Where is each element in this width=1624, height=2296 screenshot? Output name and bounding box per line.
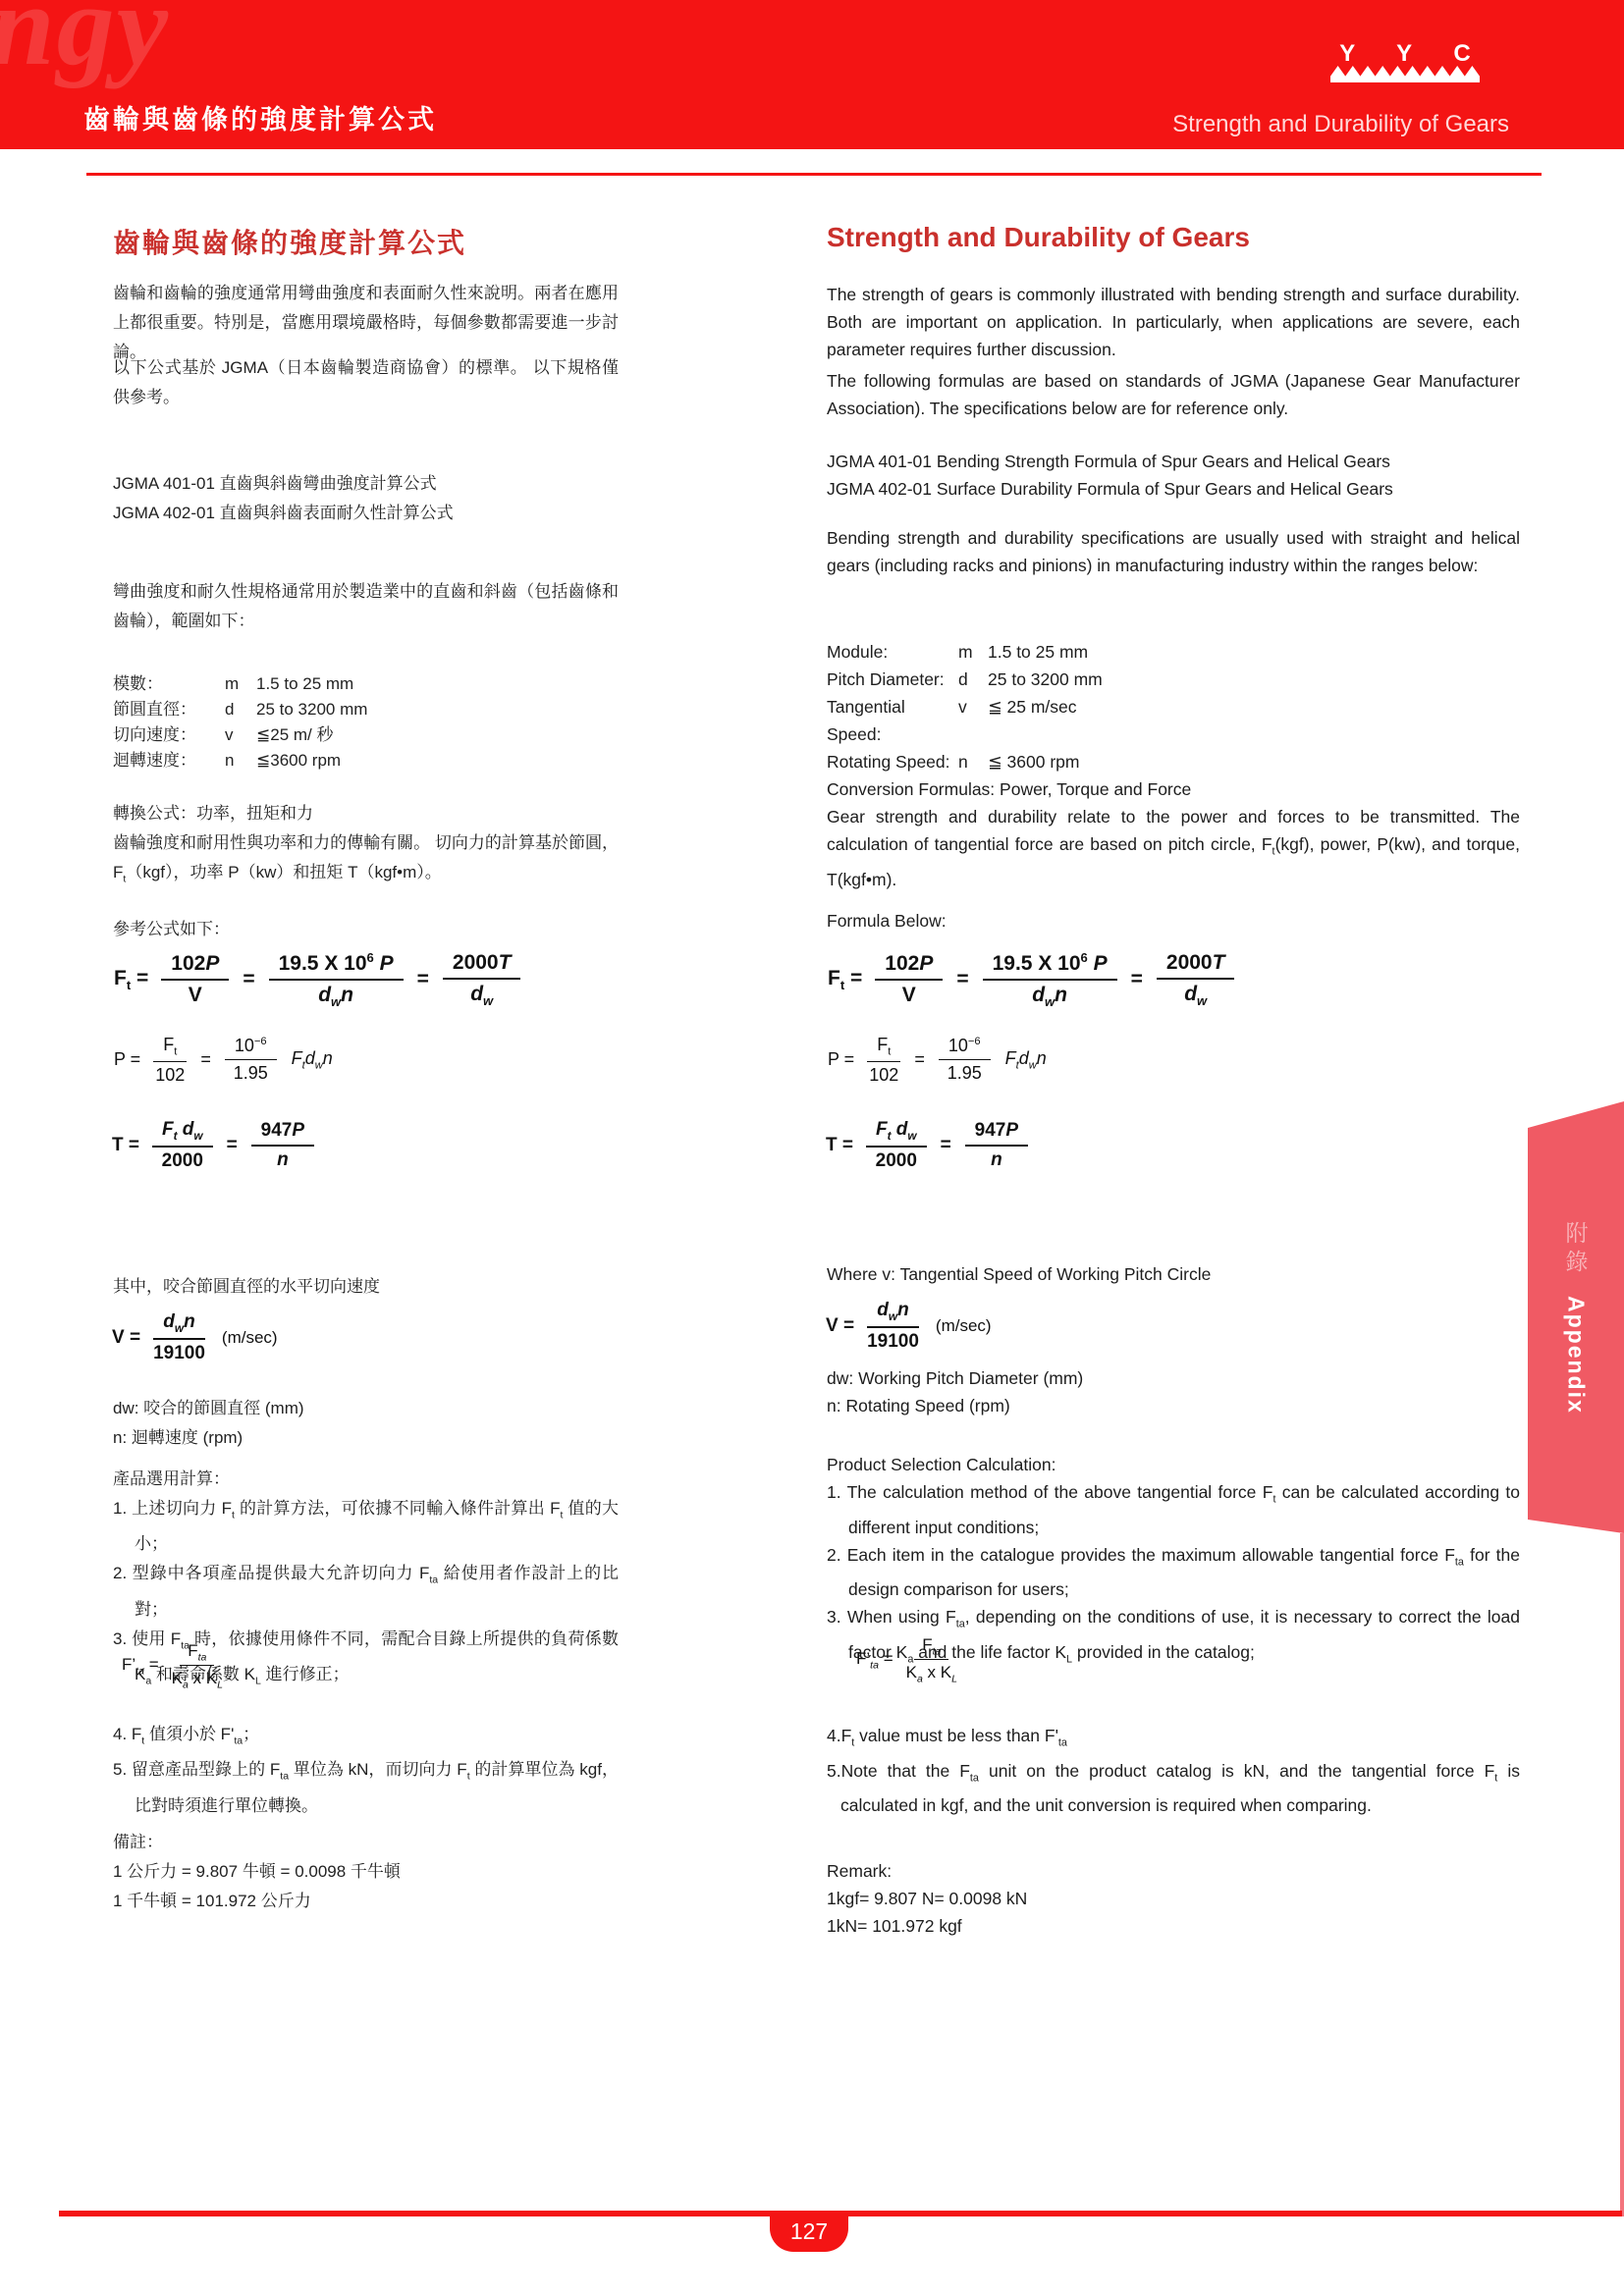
formula-tail: Ftdwn — [292, 1048, 333, 1072]
fraction-denominator: V — [189, 981, 202, 1007]
spec-symbol: d — [958, 666, 988, 693]
remark-title-en: Remark: — [827, 1857, 1520, 1885]
formula-v: V = dwn19100 (m/sec) — [112, 1311, 278, 1364]
fraction: 2000Tdw — [443, 951, 521, 1008]
formula-p: P = Ft102 = 10−61.95 Ftdwn — [114, 1035, 333, 1086]
formula-fta: F’ta = FtaKa x KL — [122, 1641, 232, 1691]
spec-row: Module: m 1.5 to 25 mm — [827, 638, 1520, 666]
reference-formula-label-zh: 參考公式如下： — [113, 915, 619, 944]
remark-line: 1kgf= 9.807 N= 0.0098 kN — [827, 1885, 1520, 1912]
jgma-standards-en: JGMA 401-01 Bending Strength Formula of … — [827, 448, 1520, 503]
formula-t: T = Ft dw2000 = 947Pn — [826, 1119, 1037, 1172]
fraction: dwn19100 — [153, 1311, 205, 1364]
header-divider-line — [86, 173, 1542, 176]
product-selection-items45-zh: 4. Ft 值須小於 F'ta； 5. 留意產品型錄上的 Fta 單位為 kN，… — [113, 1720, 619, 1821]
fraction-numerator: 19.5 X 106 P — [269, 950, 404, 981]
remark-title-zh: 備註： — [113, 1828, 619, 1857]
spec-symbol: v — [225, 722, 256, 748]
spec-label: 切向速度： — [113, 722, 225, 748]
spec-row: Rotating Speed: n ≦ 3600 rpm — [827, 748, 1520, 775]
fraction-numerator: 19.5 X 106 P — [983, 950, 1117, 981]
product-selection-title-en: Product Selection Calculation: — [827, 1451, 1520, 1478]
formula-lhs: F’ta = — [122, 1655, 159, 1677]
fraction: FtaKa x KL — [906, 1635, 957, 1685]
spec-value: 1.5 to 25 mm — [256, 671, 619, 697]
fraction: Ft102 — [153, 1035, 187, 1086]
equals-sign: = — [200, 1049, 211, 1070]
fraction-numerator: Ft dw — [152, 1119, 213, 1148]
list-item: 4.Ft value must be less than F'ta — [827, 1722, 1520, 1757]
intro-paragraph-en: The strength of gears is commonly illust… — [827, 281, 1520, 363]
product-selection-items45-en: 4.Ft value must be less than F'ta 5.Note… — [827, 1722, 1520, 1819]
spec-symbol: m — [958, 638, 988, 666]
formula-lhs: Ft = — [828, 967, 862, 992]
conversion-body-zh: 齒輪強度和耐用性與功率和力的傳輸有關。 切向力的計算基於節圓，Ft（kgf），功… — [113, 828, 619, 893]
remark-zh: 備註： 1 公斤力 = 9.807 牛頓 = 0.0098 千牛頓 1 千牛頓 … — [113, 1828, 619, 1916]
jgma-401-en: JGMA 401-01 Bending Strength Formula of … — [827, 448, 1520, 475]
list-item: 5. 留意產品型錄上的 Fta 單位為 kN，而切向力 Ft 的計算單位為 kg… — [113, 1755, 619, 1820]
formula-t: T = Ft dw2000 = 947Pn — [112, 1119, 323, 1172]
fraction-denominator: V — [902, 981, 916, 1007]
fraction: 2000Tdw — [1157, 951, 1235, 1008]
reference-formula-label-en: Formula Below: — [827, 907, 1520, 934]
spec-symbol: d — [225, 697, 256, 722]
spec-row: Pitch Diameter: d 25 to 3200 mm — [827, 666, 1520, 693]
spec-label: Rotating Speed: — [827, 748, 958, 775]
fraction-denominator: Ka x KL — [906, 1660, 957, 1684]
fraction: 947Pn — [965, 1120, 1028, 1171]
fraction: 102PV — [875, 952, 943, 1007]
gear-teeth-icon — [1330, 66, 1480, 82]
formula-unit: (m/sec) — [222, 1328, 278, 1348]
fraction-numerator: 947P — [965, 1120, 1028, 1147]
fraction-numerator: 2000T — [443, 951, 521, 980]
conversion-section-en: Conversion Formulas: Power, Torque and F… — [827, 775, 1520, 893]
fraction: Ft dw2000 — [866, 1119, 927, 1172]
fraction: Ft102 — [867, 1035, 900, 1086]
spec-value: 25 to 3200 mm — [988, 666, 1520, 693]
spec-value: 25 to 3200 mm — [256, 697, 619, 722]
spec-symbol: v — [958, 693, 988, 748]
remark-en: Remark: 1kgf= 9.807 N= 0.0098 kN 1kN= 10… — [827, 1857, 1520, 1940]
spec-row: Tangential Speed: v ≦ 25 m/sec — [827, 693, 1520, 748]
spec-range-table-en: Module: m 1.5 to 25 mm Pitch Diameter: d… — [827, 638, 1520, 775]
where-note-zh: 其中，咬合節圓直徑的水平切向速度 — [113, 1272, 619, 1302]
spec-value: ≦ 3600 rpm — [988, 748, 1520, 775]
section-title-zh: 齒輪與齒條的強度計算公式 — [113, 222, 466, 261]
formula-fta: F’ta = FtaKa x KL — [856, 1635, 966, 1685]
remark-line: 1 千牛頓 = 101.972 公斤力 — [113, 1887, 619, 1916]
where-note-en: Where v: Tangential Speed of Working Pit… — [827, 1260, 1520, 1288]
jgma-402-en: JGMA 402-01 Surface Durability Formula o… — [827, 475, 1520, 503]
fraction-numerator: Ft dw — [866, 1119, 927, 1148]
right-edge-line — [1620, 1533, 1624, 2216]
fraction-denominator: 1.95 — [234, 1060, 268, 1084]
equals-sign: = — [227, 1135, 238, 1156]
spec-symbol: n — [958, 748, 988, 775]
spec-symbol: n — [225, 748, 256, 774]
fraction: FtaKa x KL — [172, 1641, 223, 1691]
fraction-denominator: 1.95 — [947, 1060, 982, 1084]
spec-row: 切向速度： v ≦25 m/ 秒 — [113, 722, 619, 748]
list-item: 2. 型錄中各項產品提供最大允許切向力 Fta 給使用者作設計上的比對； — [113, 1559, 619, 1624]
fraction-denominator: 102 — [869, 1062, 898, 1086]
fraction: 10−61.95 — [225, 1036, 277, 1084]
range-paragraph-zh: 彎曲強度和耐久性規格通常用於製造業中的直齒和斜齒（包括齒條和齒輪），範圍如下： — [113, 577, 619, 636]
equals-sign: = — [956, 968, 968, 991]
equals-sign: = — [417, 968, 429, 991]
jgma-basis-paragraph-en: The following formulas are based on stan… — [827, 367, 1520, 422]
spec-label: 節圓直徑： — [113, 697, 225, 722]
formula-ft: Ft = 102PV = 19.5 X 106 Pdwn = 2000Tdw — [114, 950, 529, 1009]
fraction-denominator: dwn — [318, 981, 353, 1009]
appendix-tab-label-zh: 附錄 — [1560, 1221, 1593, 1278]
fraction-numerator: 10−6 — [225, 1036, 277, 1060]
fraction-numerator: 10−6 — [939, 1036, 991, 1060]
page-number-badge: 127 — [770, 2211, 848, 2252]
fraction-denominator: dw — [1184, 980, 1207, 1008]
symbol-notes-en: dw: Working Pitch Diameter (mm) n: Rotat… — [827, 1364, 1520, 1419]
spec-row: 模數： m 1.5 to 25 mm — [113, 671, 619, 697]
yyc-logo-text: Y Y C — [1330, 43, 1480, 65]
fraction: 947Pn — [251, 1120, 314, 1171]
page-number: 127 — [790, 2218, 828, 2245]
section-title-en: Strength and Durability of Gears — [827, 222, 1250, 253]
jgma-401-zh: JGMA 401-01 直齒與斜齒彎曲強度計算公式 — [113, 469, 619, 499]
yyc-logo: Y Y C — [1330, 43, 1480, 82]
spec-value: ≦ 25 m/sec — [988, 693, 1520, 748]
conversion-section-zh: 轉換公式：功率，扭矩和力 齒輪強度和耐用性與功率和力的傳輸有關。 切向力的計算基… — [113, 799, 619, 893]
equals-sign: = — [914, 1049, 925, 1070]
formula-lhs: V = — [112, 1327, 140, 1349]
jgma-402-zh: JGMA 402-01 直齒與斜齒表面耐久性計算公式 — [113, 499, 619, 528]
equals-sign: = — [243, 968, 254, 991]
fraction-numerator: dwn — [153, 1311, 204, 1340]
formula-lhs: T = — [826, 1135, 853, 1156]
formula-lhs: Ft = — [114, 967, 148, 992]
list-item: 2. Each item in the catalogue provides t… — [827, 1541, 1520, 1604]
dw-note-zh: dw: 咬合的節圓直徑 (mm) — [113, 1394, 619, 1423]
fraction-denominator: Ka x KL — [172, 1666, 223, 1690]
fraction-numerator: 947P — [251, 1120, 314, 1147]
fraction-denominator: dw — [470, 980, 493, 1008]
conversion-title-en: Conversion Formulas: Power, Torque and F… — [827, 775, 1520, 803]
conversion-title-zh: 轉換公式：功率，扭矩和力 — [113, 799, 619, 828]
formula-lhs: T = — [112, 1135, 139, 1156]
spec-label: Module: — [827, 638, 958, 666]
fraction-denominator: 19100 — [153, 1340, 205, 1364]
range-paragraph-en: Bending strength and durability specific… — [827, 524, 1520, 579]
fraction-denominator: n — [991, 1147, 1002, 1171]
spec-value: 1.5 to 25 mm — [988, 638, 1520, 666]
fraction-numerator: 2000T — [1157, 951, 1235, 980]
n-note-en: n: Rotating Speed (rpm) — [827, 1392, 1520, 1419]
spec-value: ≦3600 rpm — [256, 748, 619, 774]
list-item: 1. The calculation method of the above t… — [827, 1478, 1520, 1541]
spec-label: Tangential Speed: — [827, 693, 958, 748]
formula-tail: Ftdwn — [1005, 1048, 1047, 1072]
spec-label: Pitch Diameter: — [827, 666, 958, 693]
fraction: dwn19100 — [867, 1300, 919, 1353]
appendix-tab-label-en: Appendix — [1563, 1296, 1590, 1415]
jgma-standards-zh: JGMA 401-01 直齒與斜齒彎曲強度計算公式 JGMA 402-01 直齒… — [113, 469, 619, 528]
jgma-basis-paragraph-zh: 以下公式基於 JGMA（日本齒輪製造商協會）的標準。 以下規格僅供參考。 — [113, 353, 619, 412]
spec-label: 迴轉速度： — [113, 748, 225, 774]
spec-label: 模數： — [113, 671, 225, 697]
fraction-denominator: 19100 — [867, 1328, 919, 1353]
fraction-denominator: 2000 — [162, 1148, 203, 1172]
spec-value: ≦25 m/ 秒 — [256, 722, 619, 748]
formula-p: P = Ft102 = 10−61.95 Ftdwn — [828, 1035, 1047, 1086]
fraction-numerator: Fta — [180, 1641, 214, 1666]
fraction-numerator: Fta — [914, 1635, 948, 1660]
fraction: 19.5 X 106 Pdwn — [983, 950, 1117, 1009]
spec-row: 迴轉速度： n ≦3600 rpm — [113, 748, 619, 774]
fraction-numerator: 102P — [161, 952, 229, 981]
list-item: 5.Note that the Fta unit on the product … — [827, 1757, 1520, 1820]
formula-lhs: P = — [114, 1049, 140, 1070]
fraction-numerator: dwn — [867, 1300, 918, 1328]
formula-ft: Ft = 102PV = 19.5 X 106 Pdwn = 2000Tdw — [828, 950, 1243, 1009]
fraction-numerator: Ft — [153, 1035, 187, 1062]
fraction-numerator: 102P — [875, 952, 943, 981]
equals-sign: = — [941, 1135, 951, 1156]
fraction: 102PV — [161, 952, 229, 1007]
spec-range-table-zh: 模數： m 1.5 to 25 mm 節圓直徑： d 25 to 3200 mm… — [113, 671, 619, 774]
formula-lhs: F’ta = — [856, 1649, 893, 1671]
fraction-numerator: Ft — [867, 1035, 900, 1062]
fraction-denominator: n — [277, 1147, 289, 1171]
formula-v: V = dwn19100 (m/sec) — [826, 1300, 992, 1353]
symbol-notes-zh: dw: 咬合的節圓直徑 (mm) n: 迴轉速度 (rpm) — [113, 1394, 619, 1453]
spec-row: 節圓直徑： d 25 to 3200 mm — [113, 697, 619, 722]
fraction-denominator: 102 — [155, 1062, 185, 1086]
list-item: 1. 上述切向力 Ft 的計算方法，可依據不同輸入條件計算出 Ft 值的大小； — [113, 1494, 619, 1559]
watermark-text: ngy — [0, 0, 170, 92]
header-title-zh: 齒輪與齒條的強度計算公式 — [83, 98, 437, 136]
page-header-banner: ngy Y Y C 齒輪與齒條的強度計算公式 Strength and Dura… — [0, 0, 1624, 149]
fraction: 10−61.95 — [939, 1036, 991, 1084]
catalog-page: ngy Y Y C 齒輪與齒條的強度計算公式 Strength and Dura… — [0, 0, 1624, 2296]
remark-line: 1 公斤力 = 9.807 牛頓 = 0.0098 千牛頓 — [113, 1857, 619, 1887]
conversion-body-en: Gear strength and durability relate to t… — [827, 803, 1520, 893]
fraction: 19.5 X 106 Pdwn — [269, 950, 404, 1009]
formula-lhs: P = — [828, 1049, 854, 1070]
header-title-en: Strength and Durability of Gears — [1172, 111, 1509, 138]
appendix-tab: 附錄 Appendix — [1528, 1101, 1624, 1533]
fraction-denominator: 2000 — [876, 1148, 917, 1172]
equals-sign: = — [1131, 968, 1143, 991]
dw-note-en: dw: Working Pitch Diameter (mm) — [827, 1364, 1520, 1392]
spec-symbol: m — [225, 671, 256, 697]
product-selection-title-zh: 產品選用計算： — [113, 1465, 619, 1494]
fraction-denominator: dwn — [1032, 981, 1067, 1009]
list-item: 4. Ft 值須小於 F'ta； — [113, 1720, 619, 1755]
formula-lhs: V = — [826, 1315, 854, 1337]
n-note-zh: n: 迴轉速度 (rpm) — [113, 1423, 619, 1453]
formula-unit: (m/sec) — [936, 1316, 992, 1336]
remark-line: 1kN= 101.972 kgf — [827, 1912, 1520, 1940]
fraction: Ft dw2000 — [152, 1119, 213, 1172]
